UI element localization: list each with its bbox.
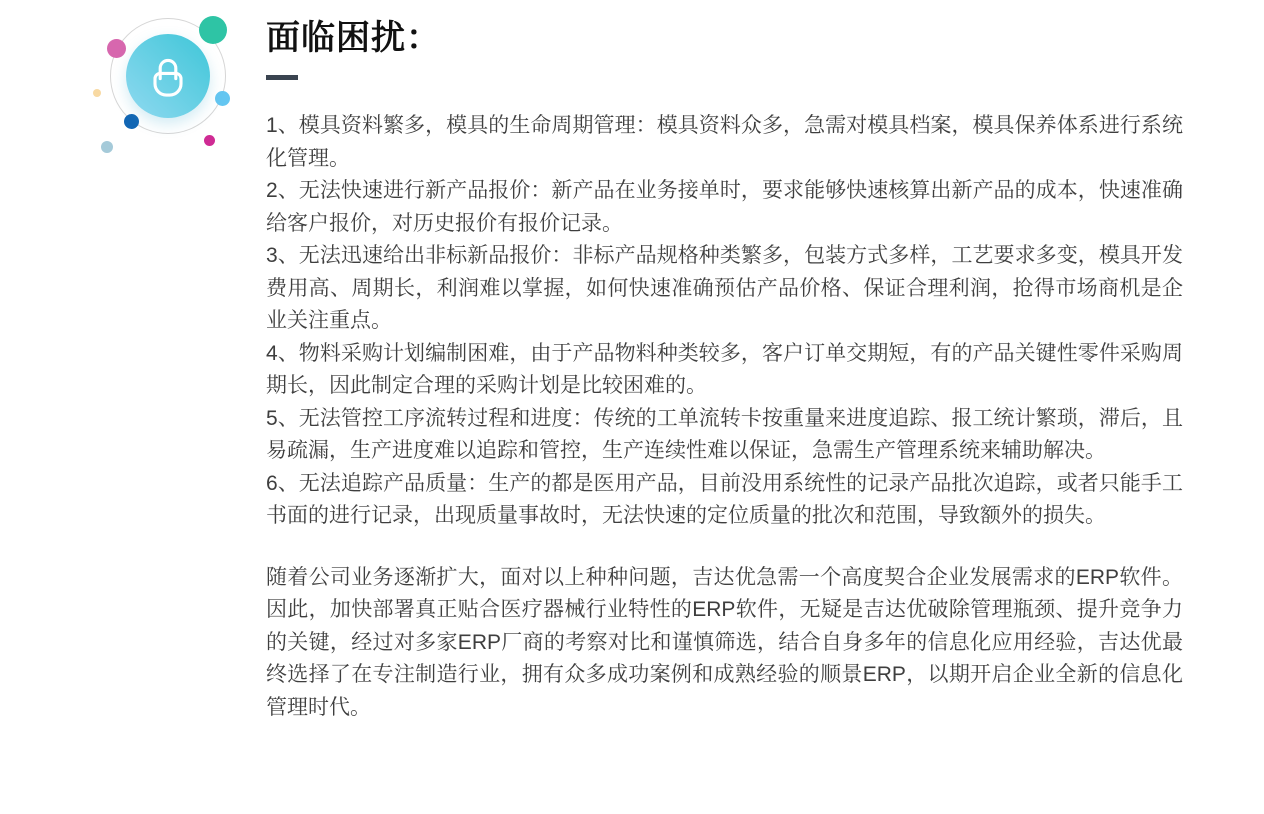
- lock-badge: [0, 0, 260, 180]
- pink-dot: [107, 39, 126, 58]
- magenta-dot: [204, 135, 215, 146]
- issue-item-5: 5、无法管控工序流转过程和进度：传统的工单流转卡按重量来进度追踪、报工统计繁琐，…: [266, 403, 1183, 468]
- blue-gray-dot: [101, 141, 113, 153]
- teal-dot: [199, 16, 227, 44]
- issue-item-2: 2、无法快速进行新产品报价：新产品在业务接单时，要求能够快速核算出新产品的成本，…: [266, 175, 1183, 240]
- main-content: 面临困扰： 1、模具资料繁多，模具的生命周期管理：模具资料众多，急需对模具档案，…: [266, 16, 1183, 724]
- yellow-dot: [93, 89, 101, 97]
- sky-blue-dot: [215, 91, 230, 106]
- issue-item-4: 4、物料采购计划编制困难，由于产品物料种类较多，客户订单交期短，有的产品关键性零…: [266, 338, 1183, 403]
- issue-item-6: 6、无法追踪产品质量：生产的都是医用产品，目前没用系统性的记录产品批次追踪，或者…: [266, 468, 1183, 533]
- issue-item-1: 1、模具资料繁多，模具的生命周期管理：模具资料众多，急需对模具档案，模具保养体系…: [266, 110, 1183, 175]
- conclusion: 随着公司业务逐渐扩大，面对以上种种问题，吉达优急需一个高度契合企业发展需求的ER…: [266, 562, 1183, 725]
- page-title: 面临困扰：: [266, 16, 1183, 60]
- lock-icon: [142, 50, 194, 102]
- lock-circle: [126, 34, 210, 118]
- conclusion-paragraph: 随着公司业务逐渐扩大，面对以上种种问题，吉达优急需一个高度契合企业发展需求的ER…: [266, 562, 1183, 725]
- dark-blue-dot: [124, 114, 139, 129]
- issue-list: 1、模具资料繁多，模具的生命周期管理：模具资料众多，急需对模具档案，模具保养体系…: [266, 110, 1183, 533]
- title-underline: [266, 75, 298, 80]
- issue-item-3: 3、无法迅速给出非标新品报价：非标产品规格种类繁多，包装方式多样，工艺要求多变，…: [266, 240, 1183, 338]
